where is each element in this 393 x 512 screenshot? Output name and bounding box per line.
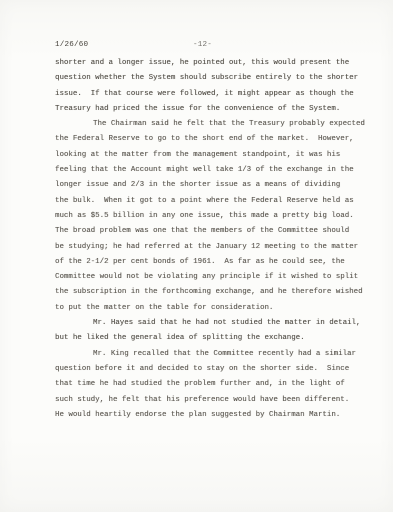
text-line: The Chairman said he felt that the Treas… bbox=[55, 117, 349, 132]
text-line: that time he had studied the problem fur… bbox=[55, 377, 349, 392]
text-line: but he liked the general idea of splitti… bbox=[55, 331, 349, 346]
text-line: longer issue and 2/3 in the shorter issu… bbox=[55, 178, 349, 193]
text-line: The broad problem was one that the membe… bbox=[55, 224, 349, 239]
text-line: He would heartily endorse the plan sugge… bbox=[55, 408, 349, 423]
document-body: shorter and a longer issue, he pointed o… bbox=[55, 56, 349, 423]
text-line: question before it and decided to stay o… bbox=[55, 362, 349, 377]
text-line: Mr. Hayes said that he had not studied t… bbox=[55, 316, 349, 331]
text-line: the Federal Reserve to go to the short e… bbox=[55, 132, 349, 147]
text-line: such study, he felt that his preference … bbox=[55, 393, 349, 408]
text-line: be studying; he had referred at the Janu… bbox=[55, 240, 349, 255]
text-line: Mr. King recalled that the Committee rec… bbox=[55, 347, 349, 362]
text-line: Committee would not be violating any pri… bbox=[55, 270, 349, 285]
header-date: 1/26/60 bbox=[55, 41, 88, 49]
text-line: issue. If that course were followed, it … bbox=[55, 87, 349, 102]
text-line: looking at the matter from the managemen… bbox=[55, 148, 349, 163]
text-line: feeling that the Account might well take… bbox=[55, 163, 349, 178]
text-line: the bulk. When it got to a point where t… bbox=[55, 194, 349, 209]
text-line: of the 2-1/2 per cent bonds of 1961. As … bbox=[55, 255, 349, 270]
paragraph-king: Mr. King recalled that the Committee rec… bbox=[55, 347, 349, 423]
text-line: shorter and a longer issue, he pointed o… bbox=[55, 56, 349, 71]
paragraph-chairman: The Chairman said he felt that the Treas… bbox=[55, 117, 349, 316]
text-line: the subscription in the forthcoming exch… bbox=[55, 285, 349, 300]
text-line: to put the matter on the table for consi… bbox=[55, 301, 349, 316]
text-line: much as $5.5 billion in any one issue, t… bbox=[55, 209, 349, 224]
document-page: 1/26/60 -12- shorter and a longer issue,… bbox=[0, 0, 393, 512]
text-line: Treasury had priced the issue for the co… bbox=[55, 102, 349, 117]
page-header: 1/26/60 -12- bbox=[55, 41, 347, 55]
text-line: question whether the System should subsc… bbox=[55, 71, 349, 86]
header-page-number: -12- bbox=[193, 41, 212, 49]
paragraph-continuation: shorter and a longer issue, he pointed o… bbox=[55, 56, 349, 117]
paragraph-hayes: Mr. Hayes said that he had not studied t… bbox=[55, 316, 349, 347]
